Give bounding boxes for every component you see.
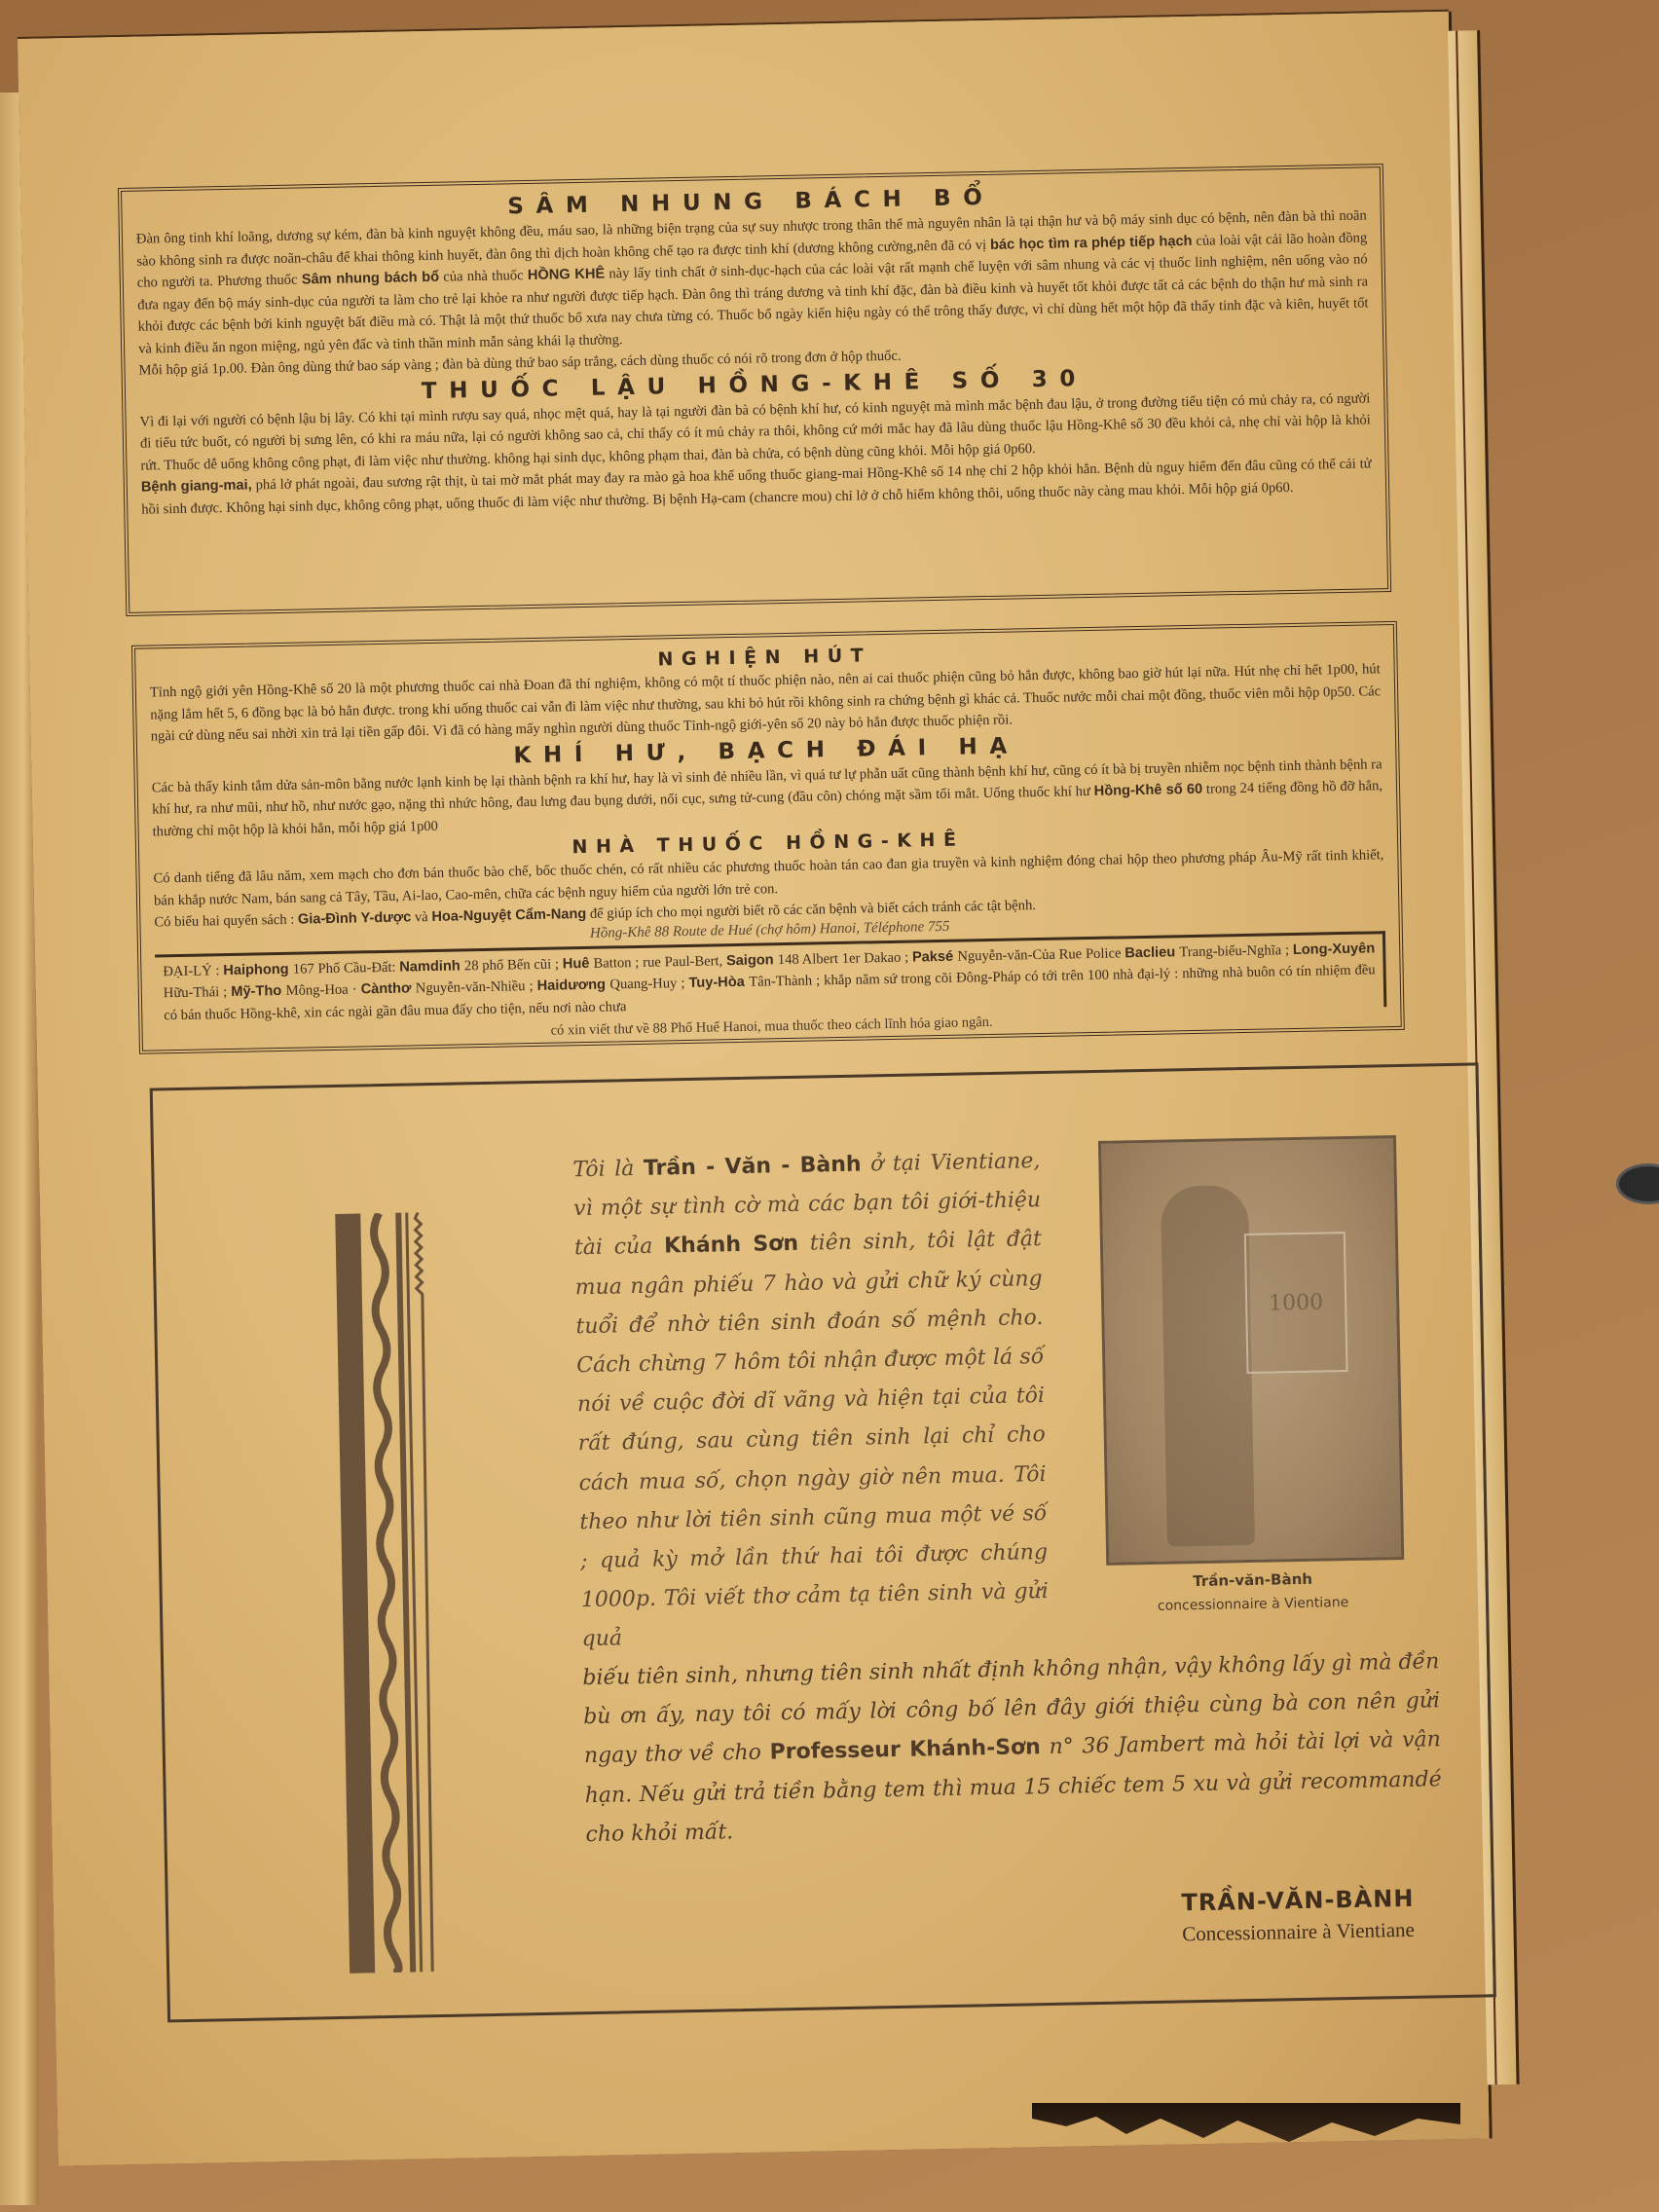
agent-detail: Batton ; rue Paul-Bert, bbox=[593, 953, 726, 972]
product-name: Sâm nhung bách bổ bbox=[302, 270, 440, 288]
text-line: ra được tinh khí (dương không cường,nên … bbox=[698, 237, 991, 258]
agent-city: Tuy-Hòa bbox=[688, 975, 749, 991]
agent-city: Huê bbox=[563, 955, 594, 972]
signature-block: TRẦN-VĂN-BÀNH Concessionnaire à Vientian… bbox=[1142, 1884, 1455, 1947]
bold-text: Bệnh giang-mai, bbox=[141, 477, 252, 495]
agents-label: ĐẠI-LÝ : bbox=[163, 963, 223, 979]
book-title: Hoa-Nguyệt Cẩm-Nang bbox=[431, 906, 586, 925]
letter-text: tiên sinh, tôi lật đật mua ngân phiếu 7 … bbox=[574, 1227, 1049, 1651]
testimonial-letter-column: Tôi là Trần - Văn - Bành ở tại Vientiane… bbox=[572, 1142, 1050, 1660]
letter-text: Tôi là bbox=[572, 1157, 644, 1182]
person-figure bbox=[1161, 1185, 1255, 1547]
portrait-photo: 1000 bbox=[1098, 1135, 1404, 1566]
agent-city: Long-Xuyên bbox=[1293, 940, 1376, 958]
agent-detail: Trang-biểu-Nghĩa ; bbox=[1179, 942, 1293, 960]
ad-body-sam-nhung: Đàn ông tinh khí loãng, dương sự kém, đà… bbox=[136, 204, 1369, 359]
lottery-board: 1000 bbox=[1244, 1232, 1348, 1374]
decorative-border-strip bbox=[335, 1212, 457, 1973]
book-title: Gia-Đình Y-dược bbox=[298, 909, 412, 927]
agent-city: Namdinh bbox=[399, 958, 464, 975]
bold-name: Professeur Khánh-Sơn bbox=[769, 1736, 1041, 1765]
bold-name: Trần - Văn - Bành bbox=[644, 1153, 862, 1181]
ad-sam-nhung-bach-bo: SÂM NHUNG BÁCH BỔ Đàn ông tinh khí loãng… bbox=[118, 164, 1391, 616]
signature-name: TRẦN-VĂN-BÀNH bbox=[1142, 1884, 1454, 1917]
agent-detail: Nguyễn-văn-Của Rue Police bbox=[957, 945, 1124, 964]
agent-city: Paksé bbox=[912, 948, 958, 965]
agent-detail: 148 Albert 1er Dakao ; bbox=[778, 949, 912, 968]
agent-city: Haiphong bbox=[223, 961, 293, 977]
agent-city: Mỹ-Tho bbox=[231, 983, 286, 1000]
agent-detail: 28 phố Bến cũi ; bbox=[464, 956, 563, 974]
agent-detail: Quang-Huy ; bbox=[609, 976, 688, 993]
bold-name: Khánh Sơn bbox=[664, 1232, 798, 1259]
ad-hong-khe: NGHIỆN HÚT Tỉnh ngộ giới yên Hồng-Khê số… bbox=[131, 621, 1405, 1054]
text-line: Có biếu hai quyển sách : bbox=[154, 912, 298, 931]
agent-detail: Mông-Hoa · bbox=[286, 981, 361, 998]
photo-caption: Trần-văn-Bành concessionnaire à Vientian… bbox=[1087, 1568, 1419, 1616]
bold-text: Hồng-Khê số 60 bbox=[1094, 782, 1203, 799]
binder-ring bbox=[1616, 1163, 1659, 1204]
text-line: của nhà thuốc bbox=[439, 268, 528, 285]
agent-detail: 167 Phố Cầu-Đất: bbox=[293, 959, 400, 977]
text-line: và bbox=[411, 909, 431, 925]
ad-testimonial-khanh-son: Tôi là Trần - Văn - Bành ở tại Vientiane… bbox=[150, 1062, 1496, 2022]
testimonial-letter-wide: biếu tiên sinh, nhưng tiên sinh nhất địn… bbox=[582, 1642, 1443, 1855]
agent-city: Saigon bbox=[726, 952, 778, 969]
agent-detail: Hữu-Thái ; bbox=[164, 984, 232, 1001]
signature-role: Concessionnaire à Vientiane bbox=[1142, 1917, 1454, 1947]
newspaper-page: SÂM NHUNG BÁCH BỔ Đàn ông tinh khí loãng… bbox=[18, 12, 1490, 2166]
agent-detail: Nguyễn-văn-Nhiều ; bbox=[416, 978, 537, 996]
photo-caption-role: concessionnaire à Vientiane bbox=[1088, 1594, 1419, 1616]
brand-name: HỒNG KHÊ bbox=[528, 266, 606, 283]
agent-city: Cànthơ bbox=[360, 980, 415, 997]
agent-detail: Tân-Thành ; bbox=[749, 973, 824, 989]
agent-city: Haidương bbox=[536, 977, 609, 993]
photo-caption-name: Trần-văn-Bành bbox=[1087, 1568, 1418, 1593]
agent-city: Baclieu bbox=[1124, 944, 1179, 961]
bold-text: bác học tìm ra phép tiếp hạch bbox=[990, 233, 1193, 252]
